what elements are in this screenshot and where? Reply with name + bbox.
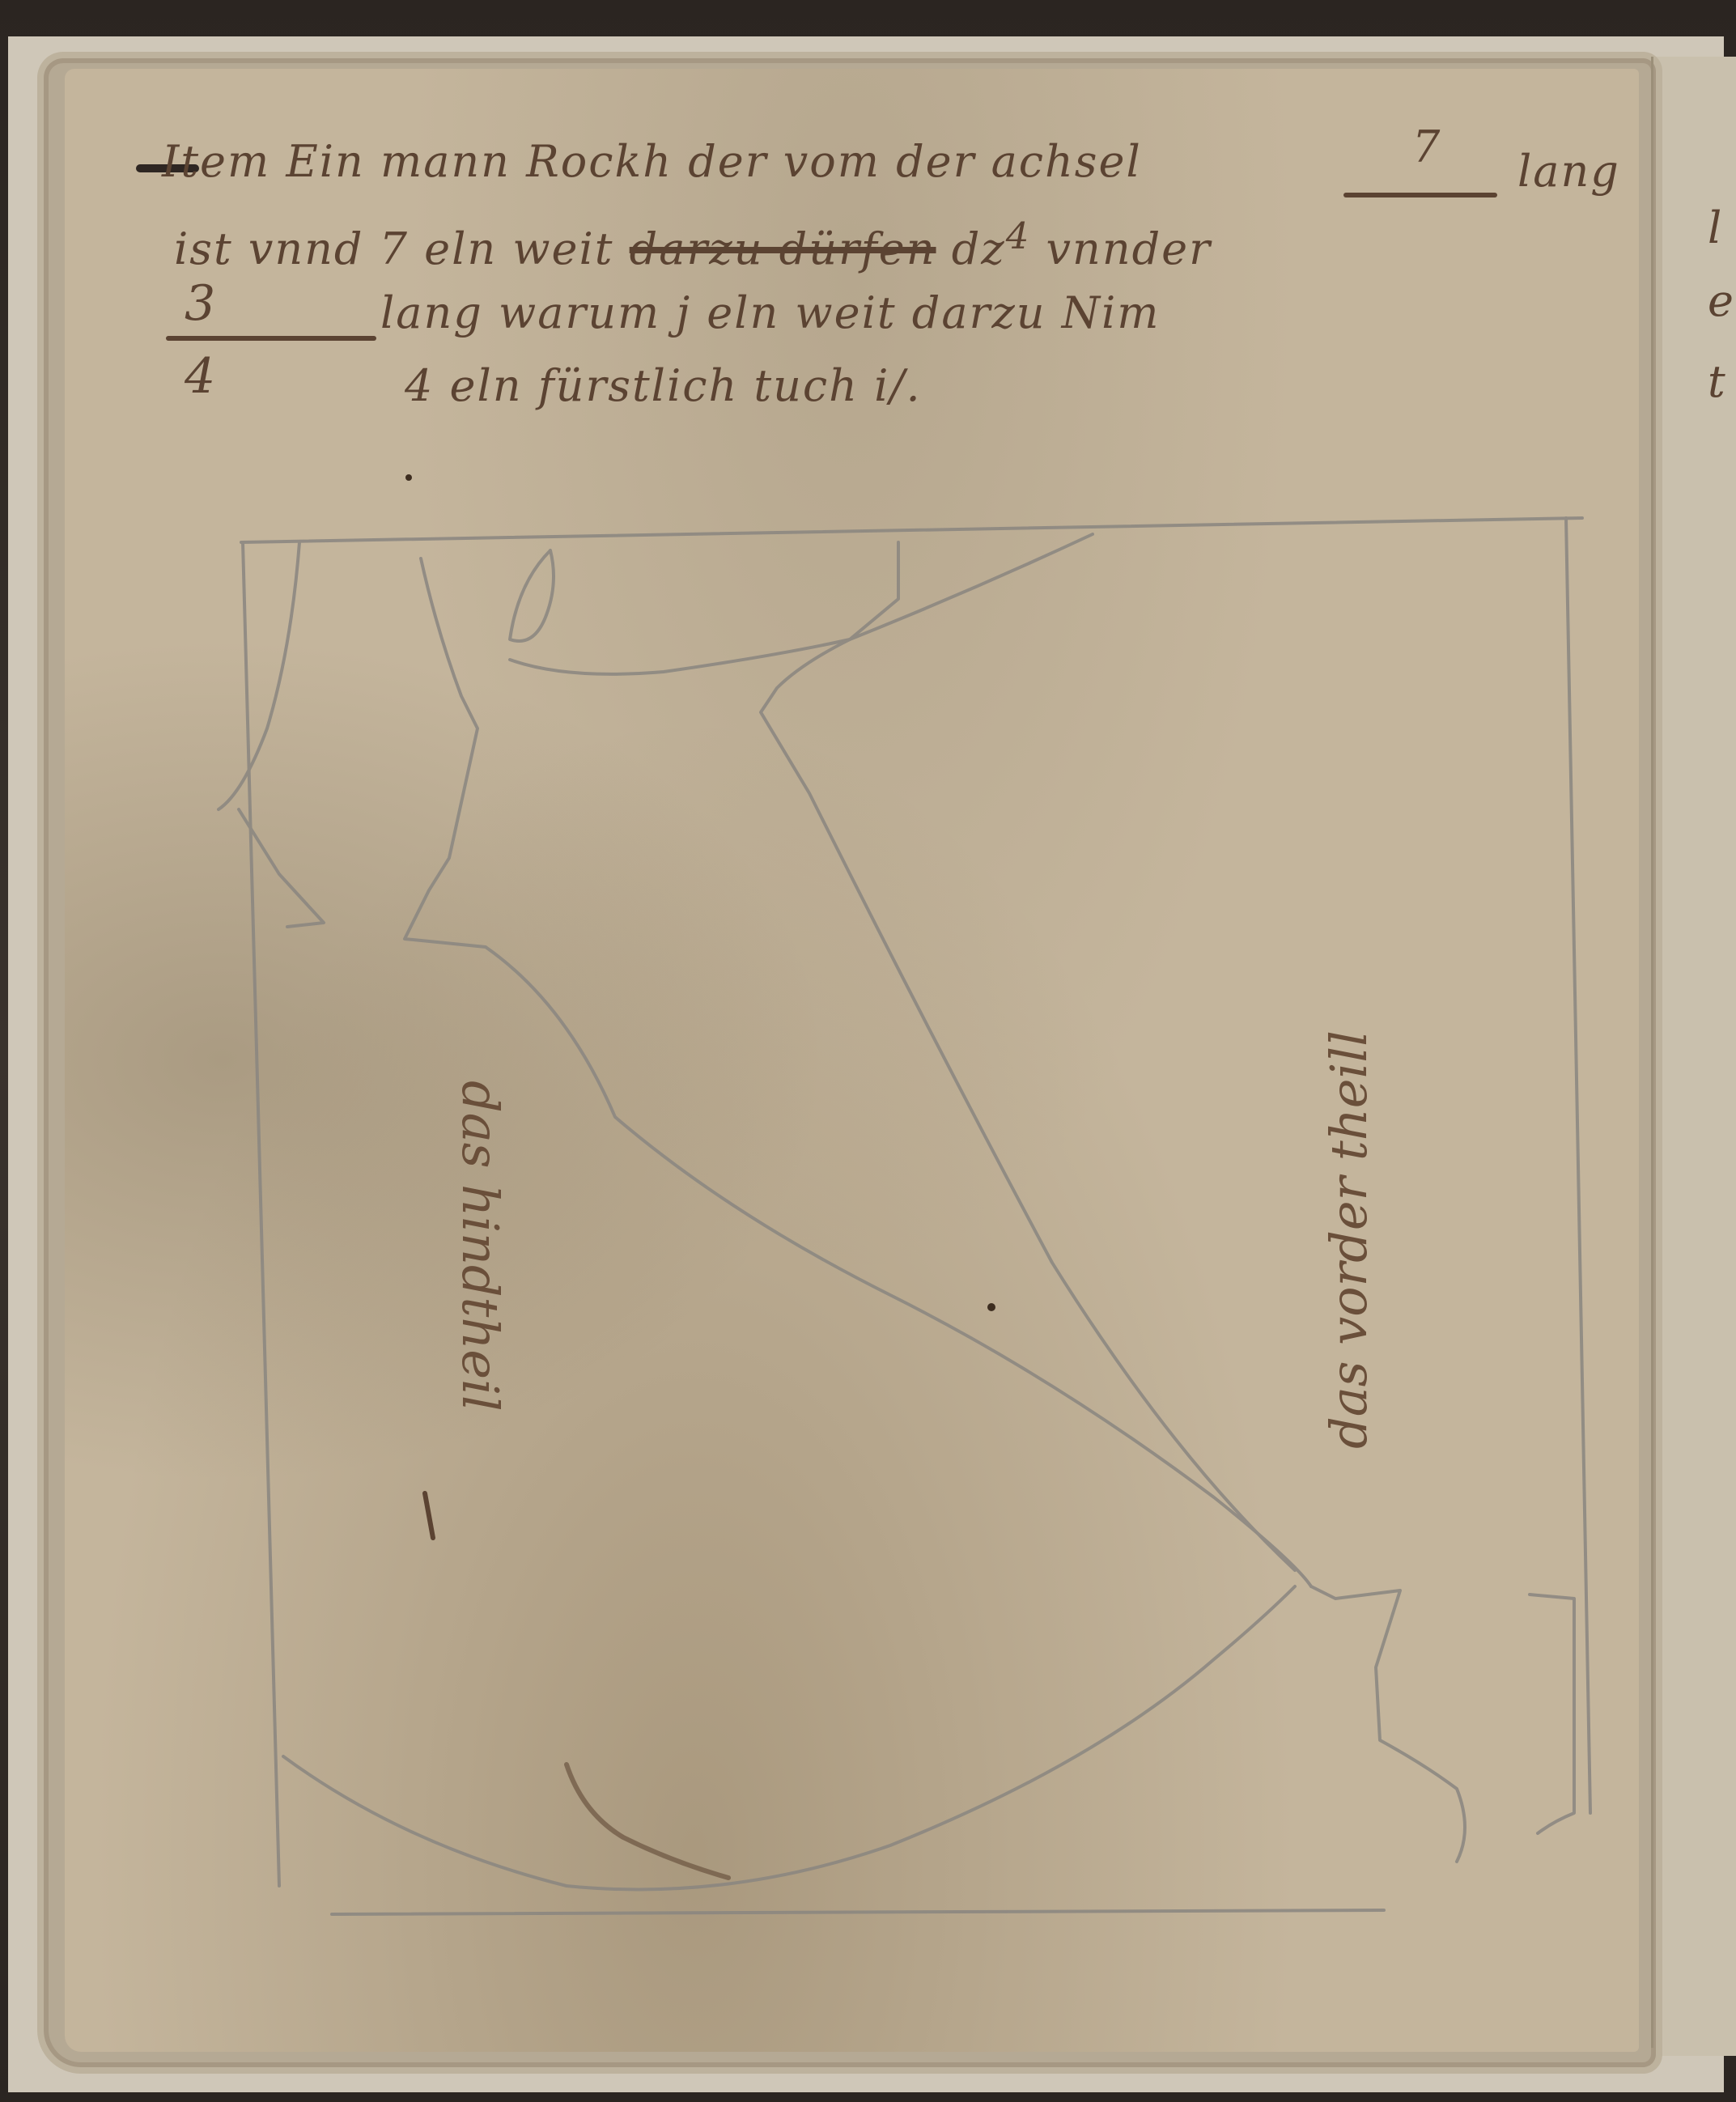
front-edge [1311, 1586, 1465, 1862]
pencil-pattern-drawing [0, 0, 1736, 2102]
ink-dot [405, 474, 412, 481]
pattern-frame-top [241, 518, 1582, 542]
ink-tick-mark [425, 1493, 433, 1538]
corner-notch [1530, 1595, 1574, 1833]
label-front-piece: das vorder theill [1319, 1030, 1378, 1449]
hem-curve [283, 1586, 1295, 1889]
pattern-frame-right [1566, 518, 1590, 1813]
ink-hook-mark [567, 1764, 728, 1878]
shoulder-seam [510, 542, 898, 674]
sleeve-loop [510, 550, 554, 641]
collar-curve [219, 542, 299, 809]
sleeve-cap [405, 558, 1311, 1586]
pattern-frame-bottom [332, 1910, 1384, 1914]
front-neck [761, 534, 1295, 1570]
label-back-piece: das hindtheil [451, 1081, 510, 1412]
ink-dot [987, 1303, 995, 1311]
